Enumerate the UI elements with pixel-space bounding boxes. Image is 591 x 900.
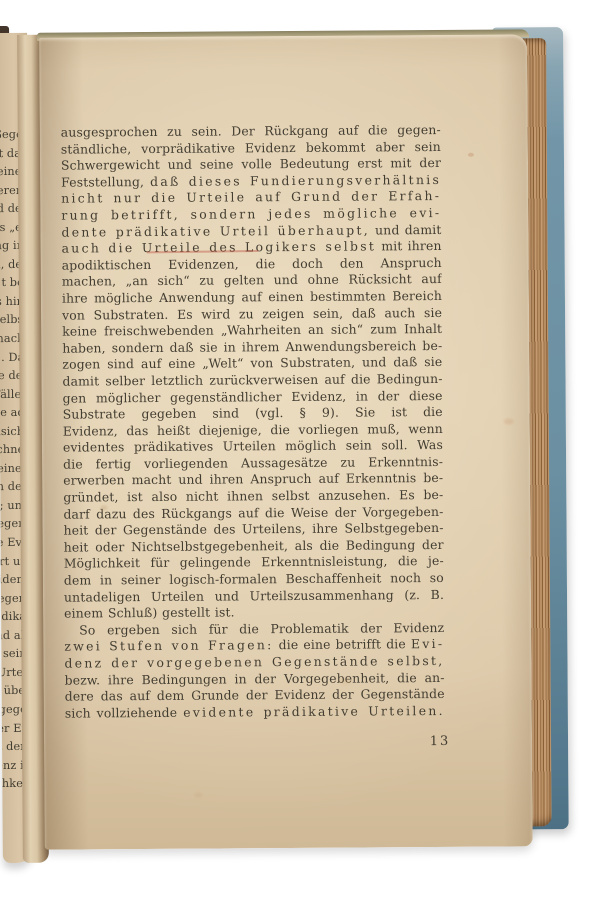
book-photo: Gege-ft da“seinerzieren-d derls „erng im… [0, 0, 591, 900]
page-text: ausgesprochen zu sein. Der Rückgang auf … [61, 122, 445, 722]
text-line: sich vollziehende evidente prädikative U… [65, 703, 445, 722]
paper-stain [468, 153, 474, 157]
book-page: ausgesprochen zu sein. Der Rückgang auf … [39, 34, 533, 849]
text-line: untadeligen Urteilen und Urteilszusammen… [64, 587, 444, 606]
page-number: 13 [425, 734, 455, 749]
open-book: Gege-ft da“seinerzieren-d derls „erng im… [0, 0, 591, 900]
paper-stain [504, 418, 514, 424]
paper-stain [194, 793, 202, 798]
